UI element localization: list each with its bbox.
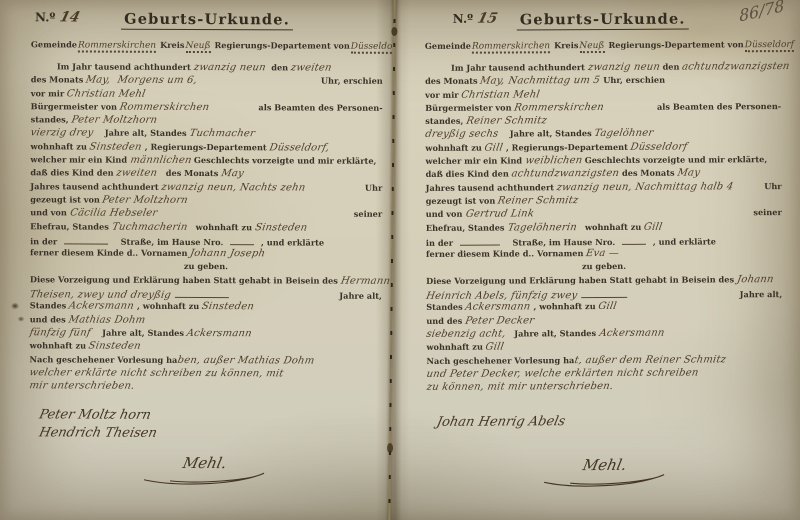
- printed-text: und des: [426, 315, 465, 325]
- handwritten-text: achtundzwanzigsten: [681, 61, 790, 73]
- blank-underline: [230, 235, 254, 245]
- handwritten-text: zwanzig neun: [193, 62, 267, 73]
- printed-text: Jahres tausend achthundert: [426, 182, 557, 193]
- page-number-value: 15: [475, 11, 498, 27]
- handwritten-text: mir unterschrieben.: [28, 380, 135, 391]
- handwritten-text: Tuchmacherin: [111, 221, 188, 232]
- handwritten-text: und Peter Decker, welche erklärten nicht…: [426, 367, 700, 379]
- page-header: N.º 15 Geburts-Urkunde.: [425, 8, 781, 36]
- printed-text: Uhr: [365, 182, 382, 192]
- signature-witness: Johan Henrig Abels: [435, 413, 784, 430]
- printed-text: Straße, im Hause Nro.: [504, 237, 618, 248]
- printed-text: ferner diesem Kinde d.. Vornamen: [426, 248, 586, 259]
- handwritten-text: zwanzig neun, Nachts zehn: [161, 182, 307, 194]
- printed-text: standes,: [425, 116, 466, 126]
- handwritten-text: vierzig drey: [30, 128, 95, 139]
- printed-text: und von: [426, 209, 466, 219]
- kreis-value: Neuß: [185, 41, 210, 53]
- official-signature-name: Mehl.: [181, 454, 228, 472]
- handwritten-text: May: [677, 168, 701, 179]
- signature-block: Peter Moltz horn Hendrich Theisen Mehl.: [29, 408, 381, 488]
- printed-text: daß dies Kind den: [426, 169, 512, 179]
- page-header: N.º 14 Geburts-Urkunde.: [31, 8, 383, 36]
- handwritten-text: Morgens um 6,: [110, 75, 198, 86]
- handwritten-text: Eva —: [585, 248, 620, 259]
- handwritten-text: zu können, mit mir unterschrieben.: [426, 381, 614, 393]
- handwritten-text: Christian Mehl: [66, 88, 147, 99]
- page-right-lines: Im Jahr tausend achthundert zwanzig neun…: [425, 61, 783, 395]
- handwritten-text: May,: [480, 76, 506, 87]
- handwritten-text: zweiten: [115, 168, 158, 179]
- printed-text: Jahres tausend achthundert: [30, 181, 161, 192]
- printed-text: Jahre alt, Standes: [91, 327, 187, 337]
- handwritten-text: Tagelöhner: [594, 128, 655, 139]
- form-line: mir unterschrieben.: [29, 380, 381, 395]
- handwritten-text: Reiner Schmitz: [465, 115, 548, 126]
- handwritten-text: Nachmittag um 5: [504, 75, 604, 87]
- printed-text: Bürgermeister von: [31, 101, 120, 111]
- printed-text: seiner: [354, 209, 382, 219]
- signature-block: Johan Henrig Abels Mehl.: [427, 413, 783, 489]
- kreis-label: Kreis: [160, 40, 184, 50]
- handwritten-text: Sinsteden: [89, 141, 143, 152]
- printed-text: des Monats: [425, 76, 480, 86]
- printed-text: Diese Vorzeigung und Erklärung haben Sta…: [426, 274, 737, 286]
- printed-text: als Beamten des Personen-: [258, 102, 382, 113]
- printed-text: , wohnhaft zu: [531, 301, 599, 311]
- handwritten-text: Reiner Schmitz: [497, 195, 580, 206]
- kreis-label: Kreis: [554, 40, 578, 50]
- regdep-value: Düsseldorf: [745, 40, 794, 52]
- page-number-label: N.º: [35, 10, 55, 24]
- printed-text: Diese Vorzeigung und Erklärung haben Sta…: [30, 274, 341, 285]
- printed-text: , und erklärte: [258, 237, 324, 247]
- regdep-value: Düsseldorf: [351, 42, 393, 54]
- printed-text: welcher mir ein Kind: [30, 154, 130, 164]
- signature-declarant: Peter Moltz horn: [38, 408, 383, 424]
- page-number-label: N.º: [453, 12, 473, 26]
- handwritten-text: Sinsteden: [201, 301, 255, 312]
- printed-text: Jahre alt,: [740, 289, 783, 299]
- printed-text: Uhr: [764, 181, 781, 191]
- handwritten-text: achtundzwanzigsten: [511, 168, 620, 180]
- page-left-lines: Im Jahr tausend achthundert zwanzig neun…: [29, 61, 382, 395]
- district-row: Gemeinde Rommerskirchen Kreis Neuß Regie…: [31, 39, 383, 54]
- printed-text: in der: [426, 238, 456, 248]
- printed-text: wohnhaft zu: [426, 342, 485, 352]
- printed-text: Geschlechts vorzeigte und mir erklärte,: [582, 154, 767, 165]
- printed-text: Straße, im Hause Nro.: [112, 236, 226, 246]
- handwritten-text: Ackersmann: [465, 302, 532, 313]
- district-row: Gemeinde Rommerskirchen Kreis Neuß Regie…: [425, 39, 781, 54]
- printed-text: standes,: [31, 114, 72, 124]
- blank-underline: [581, 288, 627, 298]
- printed-text: wohnhaft zu: [187, 222, 255, 232]
- page-title: Geburts-Urkunde.: [121, 11, 293, 31]
- printed-text: Nach geschehener Vorlesung ha: [30, 354, 178, 365]
- blank-underline: [64, 234, 108, 244]
- printed-text: Jahre alt,: [339, 291, 382, 301]
- printed-text: Ehefrau, Standes: [30, 221, 112, 231]
- certificate-page-left: N.º 14 Geburts-Urkunde. Gemeinde Rommers…: [0, 0, 393, 520]
- handwritten-text: May: [220, 168, 244, 179]
- printed-text: seiner: [753, 207, 781, 217]
- handwritten-text: Sinsteden: [254, 222, 308, 233]
- printed-text: und von: [30, 208, 70, 218]
- handwritten-text: siebenzig acht,: [425, 328, 506, 339]
- printed-text: Im Jahr tausend achthundert: [57, 61, 194, 72]
- page-number: N.º 14: [35, 9, 79, 25]
- printed-text: des Monats: [31, 75, 86, 85]
- printed-text: Geschlechts vorzeigte und mir erklärte,: [191, 155, 376, 166]
- handwritten-text: Gill: [643, 221, 663, 232]
- handwritten-text: Gill: [484, 142, 504, 153]
- handwritten-text: Theisen, zwey und dreyßig: [29, 289, 172, 301]
- page-title: Geburts-Urkunde.: [517, 11, 689, 31]
- handwritten-text: weiblichen: [524, 155, 583, 166]
- printed-text: Ehefrau, Standes: [426, 222, 508, 232]
- document-photo: N.º 14 Geburts-Urkunde. Gemeinde Rommers…: [0, 0, 800, 520]
- handwritten-text: zweiten: [290, 62, 333, 73]
- handwritten-text: Mathias Dohm: [68, 314, 146, 325]
- printed-text: wohnhaft zu: [30, 341, 89, 351]
- handwritten-text: ben, außer Mathias Dohm: [176, 354, 315, 366]
- handwritten-text: Düsseldorf: [630, 141, 689, 152]
- printed-text: , und erklärte: [650, 236, 716, 246]
- printed-text: in der: [30, 236, 60, 246]
- handwritten-text: Gill: [598, 301, 618, 312]
- printed-text: vor mir: [425, 89, 461, 99]
- handwritten-text: Ackersmann: [186, 328, 253, 339]
- printed-text: Standes: [30, 301, 69, 311]
- printed-text: Jahre alt, Standes: [506, 328, 599, 338]
- printed-text: daß dies Kind den: [30, 168, 116, 178]
- printed-text: , Regierungs-Departement: [142, 142, 270, 153]
- handwritten-text: Christian Mehl: [461, 89, 541, 100]
- printed-text: Uhr, erschien: [603, 75, 665, 85]
- printed-text: zu geben.: [184, 261, 228, 271]
- handwritten-text: fünfzig fünf: [29, 327, 92, 338]
- printed-text: Uhr, erschien: [321, 76, 383, 86]
- handwritten-text: Düsseldorf,: [269, 142, 331, 153]
- handwritten-text: Gill: [485, 342, 505, 353]
- gemeinde-label: Gemeinde: [425, 41, 471, 51]
- handwritten-text: Tagelöhnerin: [506, 222, 577, 233]
- page-number: N.º 15: [453, 11, 497, 27]
- handwritten-text: dreyßig sechs: [424, 129, 499, 140]
- printed-text: als Beamten des Personen-: [657, 101, 781, 112]
- gemeinde-value: Rommerskirchen: [472, 41, 550, 53]
- printed-text: , Regierungs-Departement: [503, 142, 631, 153]
- handwritten-text: Gertrud Link: [464, 209, 534, 220]
- printed-text: wohnhaft zu: [576, 221, 644, 231]
- handwritten-text: Ackersmann: [68, 301, 135, 312]
- printed-text: Jahre alt, Standes: [498, 129, 594, 140]
- handwritten-text: Rommerskirchen: [119, 102, 211, 113]
- printed-text: Nach geschehener Vorlesung ha: [426, 355, 574, 366]
- printed-text: des Monats: [619, 168, 677, 178]
- handwritten-text: Johann: [736, 274, 774, 285]
- handwritten-text: Tuchmacher: [188, 128, 255, 139]
- blank-underline: [622, 235, 646, 245]
- printed-text: den: [266, 62, 291, 72]
- printed-text: Standes: [426, 302, 465, 312]
- handwritten-text: Sinsteden: [88, 341, 142, 352]
- handwritten-text: zwanzig neun, Nachmittag halb 4: [556, 181, 735, 193]
- form-line: zu können, mit mir unterschrieben.: [427, 380, 783, 395]
- handwritten-text: Ackersmann: [598, 328, 665, 339]
- printed-text: wohnhaft zu: [425, 142, 484, 152]
- handwritten-text: welcher erklärte nicht schreiben zu könn…: [29, 367, 285, 379]
- printed-text: des Monats: [157, 168, 221, 178]
- blank-underline: [460, 235, 500, 245]
- printed-text: zu geben.: [582, 261, 626, 271]
- handwritten-text: männlichen: [129, 155, 192, 166]
- handwritten-text: May,: [85, 75, 112, 86]
- printed-text: den: [660, 62, 683, 72]
- page-number-value: 14: [58, 9, 82, 25]
- handwritten-text: Rommerskirchen: [513, 102, 604, 113]
- printed-text: welcher mir ein Kind: [425, 155, 525, 166]
- handwritten-text: Heinrich Abels, fünfzig zwey: [425, 290, 578, 302]
- official-signature-name: Mehl.: [581, 456, 628, 474]
- handwritten-text: t, außer dem Reiner Schmitz: [573, 354, 726, 366]
- kreis-value: Neuß: [579, 41, 604, 53]
- handwritten-text: zwanzig neun: [587, 62, 661, 73]
- signature-flourish-icon: [140, 470, 270, 487]
- printed-text: wohnhaft zu: [30, 141, 89, 151]
- printed-text: Im Jahr tausend achthundert: [451, 62, 588, 73]
- printed-text: gezeugt ist von: [426, 196, 499, 206]
- regdep-label: Regierungs-Departement von: [214, 40, 349, 51]
- official-signature: Mehl.: [29, 453, 381, 488]
- printed-text: , wohnhaft zu: [134, 301, 202, 311]
- handwritten-text: Cäcilia Hebseler: [69, 208, 158, 219]
- regdep-label: Regierungs-Departement von: [608, 39, 743, 50]
- printed-text: und des: [30, 314, 69, 324]
- printed-text: Bürgermeister von: [425, 102, 514, 112]
- printed-text: ferner diesem Kinde d.. Vornamen: [30, 247, 190, 258]
- handwritten-text: Peter Decker: [464, 315, 535, 326]
- signature-witness: Hendrich Theisen: [38, 426, 383, 442]
- certificate-page-right: 86/78 N.º 15 Geburts-Urkunde. Gemeinde R…: [403, 0, 800, 520]
- handwritten-text: Johann Joseph: [189, 248, 266, 259]
- official-signature: Mehl.: [427, 454, 783, 489]
- signature-flourish-icon: [540, 472, 670, 489]
- blank-underline: [175, 288, 229, 298]
- printed-text: Jahre alt, Standes: [93, 128, 189, 138]
- handwritten-text: Peter Moltzhorn: [71, 115, 159, 126]
- printed-text: vor mir: [31, 88, 67, 98]
- gemeinde-value: Rommerskirchen: [78, 40, 156, 52]
- printed-text: gezeugt ist von: [30, 194, 103, 204]
- handwritten-text: Peter Moltzhorn: [102, 195, 190, 206]
- gemeinde-label: Gemeinde: [31, 39, 77, 49]
- handwritten-text: Hermann: [340, 275, 391, 286]
